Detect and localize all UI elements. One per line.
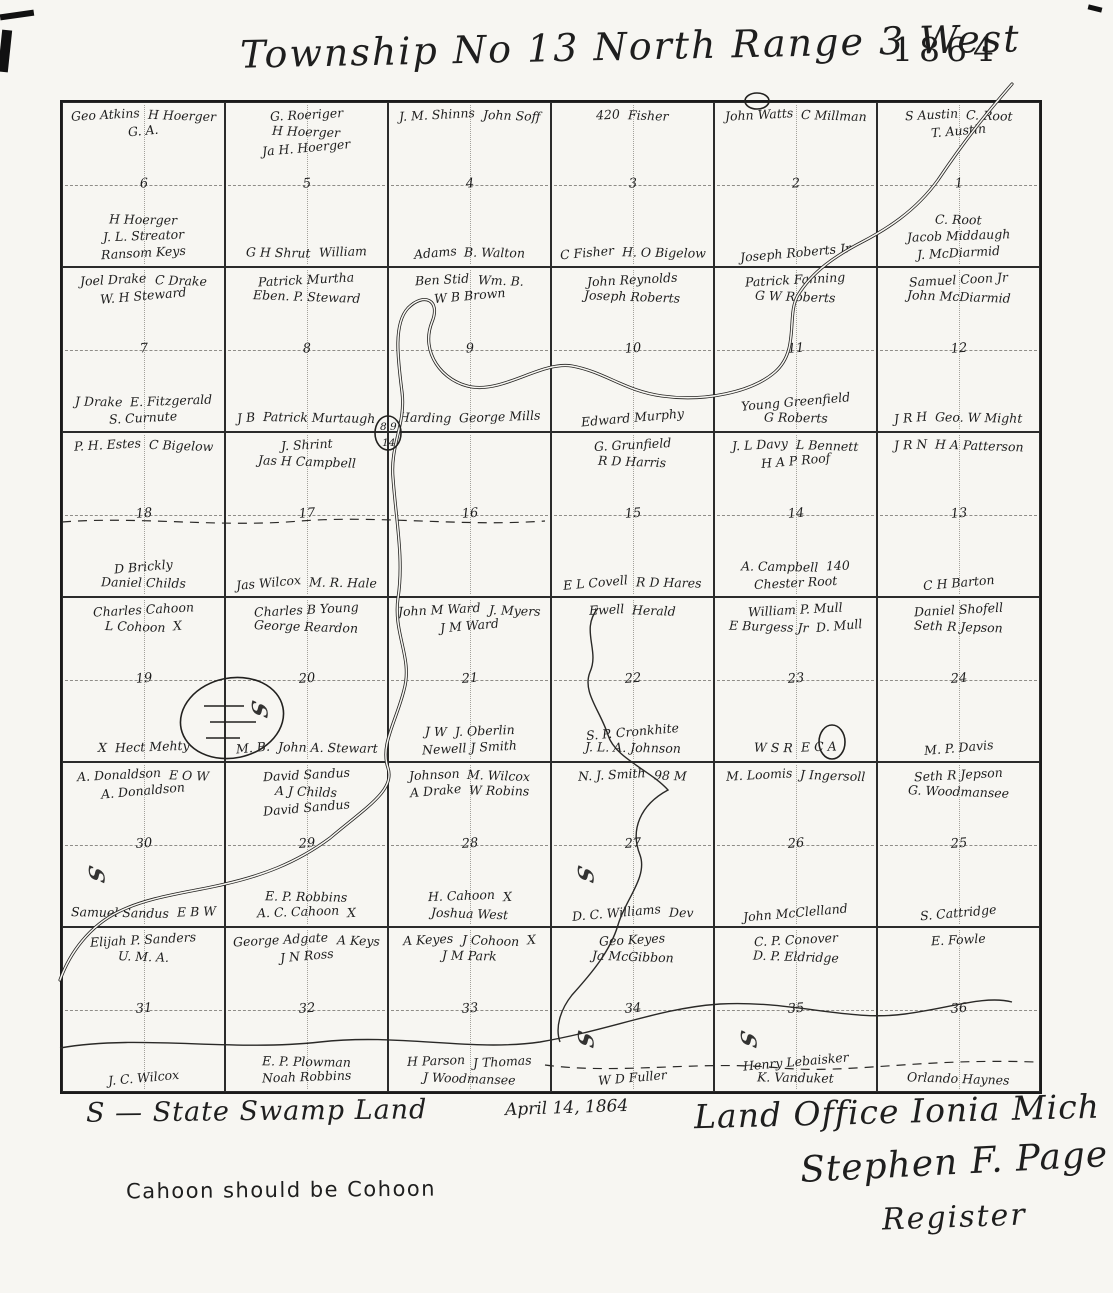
owner-name: W S R <box>754 739 793 756</box>
owner-name: H Parson <box>407 1051 466 1069</box>
owner-name: W Robins <box>469 783 530 800</box>
section-names-upper: John ReynoldsJoseph Roberts <box>555 272 710 305</box>
section-number: 8 <box>299 340 314 356</box>
section-number: 18 <box>132 505 156 522</box>
owner-name: Ja McGibbon <box>591 948 673 967</box>
owner-name: M. B. <box>235 738 270 757</box>
section-number: 24 <box>947 670 971 687</box>
section-cell-17: J. ShrintJas H Campbell17Jas WilcoxM. R.… <box>225 432 388 597</box>
section-number: 15 <box>621 505 645 522</box>
section-names-lower: M. P. Davis <box>881 740 1036 756</box>
section-number: 7 <box>136 340 151 356</box>
owner-name: Joshua West <box>431 904 509 923</box>
section-number: 34 <box>621 1000 645 1017</box>
section-number: 9 <box>462 340 477 356</box>
scan-artifact <box>1088 4 1103 12</box>
section-cell-10: John ReynoldsJoseph Roberts10Edward Murp… <box>551 267 714 432</box>
swamp-marker: S <box>246 698 272 720</box>
section-number: 16 <box>458 505 482 522</box>
owner-name: M. P. Davis <box>923 737 994 759</box>
section-cell-29: David SandusA J ChildsDavid Sandus29E. P… <box>225 762 388 927</box>
owner-name: Geo. W Might <box>935 409 1023 427</box>
section-names-lower: E L CovellR D Hares <box>555 575 710 591</box>
owner-name: C H Barton <box>922 572 995 594</box>
owner-name: Geo Atkins <box>71 105 141 125</box>
section-number: 5 <box>299 175 314 191</box>
owner-name: A. C. Cahoon <box>257 902 340 921</box>
map-year: 1864 <box>892 30 1000 69</box>
section-names-lower: Jas WilcoxM. R. Hale <box>229 575 384 591</box>
section-cell-30: A. DonaldsonE O WA. Donaldson30Samuel Sa… <box>62 762 225 927</box>
owner-name: Joseph Roberts <box>584 288 681 308</box>
section-names-lower: C FisherH. O Bigelow <box>555 245 710 261</box>
section-names-lower: S. Cattridge <box>881 905 1036 921</box>
section-names-upper: Patrick FanningG W Roberts <box>718 272 873 305</box>
section-cell-7: Joel DrakeC DrakeW. H Steward7J DrakeE. … <box>62 267 225 432</box>
section-names-lower: S. P. CronkhiteJ. L. A. Johnson <box>555 724 710 757</box>
section-number: 23 <box>784 670 808 687</box>
section-number: 27 <box>621 835 645 852</box>
section-cell-21: John M WardJ. MyersJ M Ward21J WJ. Oberl… <box>388 597 551 762</box>
owner-name: U. M. A. <box>118 948 170 966</box>
owner-name: William <box>318 243 366 261</box>
owner-name: G Roberts <box>764 409 828 426</box>
section-number: 2 <box>788 175 803 191</box>
section-names-lower: C. RootJacob MiddaughJ. McDiarmid <box>881 212 1036 261</box>
section-number: 19 <box>132 670 156 687</box>
owner-name: Chester Root <box>753 573 837 594</box>
owner-name: Noah Robbins <box>262 1067 352 1086</box>
section-names-lower: D BricklyDaniel Childs <box>66 559 221 592</box>
owner-name: John Soff <box>482 107 540 125</box>
section-number: 4 <box>462 175 477 191</box>
owner-name: J B <box>237 409 257 427</box>
section-names-lower: C H Barton <box>881 575 1036 591</box>
section-names-upper: 420Fisher <box>555 107 710 123</box>
section-number: 13 <box>947 505 971 522</box>
section-cell-34: Geo KeyesJa McGibbon34W D FullerS <box>551 927 714 1092</box>
section-names-lower: J BPatrick Murtaugh <box>229 410 384 426</box>
section-names-lower: W D Fuller <box>555 1070 710 1086</box>
owner-name: D. P. Eldridge <box>752 948 838 967</box>
section-names-lower: AdamsB. Walton <box>392 245 547 261</box>
map-title: Township No 13 North Range 3 West <box>240 19 881 76</box>
section-names-upper: J R NH A Patterson <box>881 437 1036 453</box>
section-number: 1 <box>951 175 966 191</box>
section-names-lower: XHect Mehty <box>66 740 221 756</box>
owner-name: X <box>347 905 357 922</box>
correction-note: Cahoon should be Cohoon <box>126 1177 436 1204</box>
survey-date: April 14, 1864 <box>505 1096 629 1120</box>
section-names-lower: J DrakeE. FitzgeraldS. Curnute <box>66 394 221 427</box>
section-number: 33 <box>458 1000 482 1017</box>
section-number: 35 <box>784 1000 808 1017</box>
scan-artifact <box>0 30 12 73</box>
section-cell-3: 420Fisher3C FisherH. O Bigelow <box>551 102 714 267</box>
plat-map-page: Township No 13 North Range 3 West 1864 G… <box>0 0 1113 1293</box>
owner-name: Joseph Roberts Jr <box>739 240 851 266</box>
owner-name: Seth R Jepson <box>914 618 1003 637</box>
owner-name: J. L. Streator <box>103 226 185 245</box>
section-number: 21 <box>458 670 482 687</box>
section-number: 28 <box>458 835 482 852</box>
section-names-upper: G. GrunfieldR D Harris <box>555 437 710 470</box>
section-names-upper: C. P. ConoverD. P. Eldridge <box>718 932 873 965</box>
section-names-lower: Samuel SandusE B W <box>66 905 221 921</box>
owner-name: S Austin <box>904 106 958 125</box>
section-number: 30 <box>132 835 156 852</box>
owner-name: George Reardon <box>254 617 359 637</box>
owner-name: E. Fowle <box>931 931 986 950</box>
owner-name: G. Woodmansee <box>908 782 1010 802</box>
owner-name: J. M. Shinns <box>398 105 475 125</box>
section-names-upper: Charles CahoonL CohoonX <box>66 602 221 635</box>
section-cell-2: John WattsC Millman2Joseph Roberts Jr <box>714 102 877 267</box>
owner-name: N. J. Smith <box>578 765 646 785</box>
section-cell-20: Charles B YoungGeorge Reardon20M. B.John… <box>225 597 388 762</box>
section-names-upper: Daniel ShofellSeth R Jepson <box>881 602 1036 635</box>
section-number: 10 <box>621 340 645 357</box>
section-cell-16: 16 <box>388 432 551 597</box>
section-cell-11: Patrick FanningG W Roberts11Young Greenf… <box>714 267 877 432</box>
section-number: 6 <box>136 175 151 191</box>
owner-name: G W Roberts <box>755 288 836 307</box>
swamp-marker: S <box>572 1028 598 1050</box>
owner-name: J Drake <box>75 393 123 410</box>
owner-name: J. Shrint <box>280 436 332 455</box>
section-names-upper: Joel DrakeC DrakeW. H Steward <box>66 272 221 305</box>
owner-name: M. Loomis <box>725 765 792 785</box>
owner-name: Ewell <box>589 601 625 619</box>
owner-name: A Keys <box>336 932 379 950</box>
owner-name: M. R. Hale <box>309 574 377 591</box>
section-cell-4: J. M. ShinnsJohn Soff4AdamsB. Walton <box>388 102 551 267</box>
owner-name: G H Shrut <box>246 244 311 261</box>
section-cell-27: N. J. Smith98 M27D. C. WilliamsDevS <box>551 762 714 927</box>
owner-name: Herald <box>632 602 676 620</box>
section-names-upper: David SandusA J ChildsDavid Sandus <box>229 767 384 816</box>
owner-name: Fisher <box>628 107 669 125</box>
section-names-lower: Joseph Roberts Jr <box>718 245 873 261</box>
section-cell-31: Elijah P. SandersU. M. A.31J. C. Wilcox <box>62 927 225 1092</box>
section-names-lower: M. B.John A. Stewart <box>229 740 384 756</box>
section-names-upper: J. L DavyL BennettH A P Roof <box>718 437 873 470</box>
swamp-marker: S <box>572 863 598 885</box>
owner-name: George Mills <box>459 407 541 426</box>
section-cell-33: A KeyesJ CohoonXJ M Park33H ParsonJ Thom… <box>388 927 551 1092</box>
section-number: 29 <box>295 835 319 852</box>
section-cell-19: Charles CahoonL CohoonX19XHect Mehty <box>62 597 225 762</box>
section-cell-32: George AdgateA KeysJ N Ross32E. P. Plowm… <box>225 927 388 1092</box>
register-signature: Stephen F. Page <box>799 1134 1109 1191</box>
section-number: 11 <box>784 340 808 357</box>
swamp-marker: S <box>83 863 109 885</box>
section-names-lower: HardingGeorge Mills <box>392 410 547 426</box>
section-cell-14: J. L DavyL BennettH A P Roof14A. Campbel… <box>714 432 877 597</box>
section-number: 31 <box>132 1000 156 1017</box>
owner-name: J. L. A. Johnson <box>584 739 680 757</box>
section-names-lower: Edward Murphy <box>555 410 710 426</box>
township-grid: Geo AtkinsH HoergerG. A.6H HoergerJ. L. … <box>60 100 1042 1094</box>
owner-name: J M Park <box>442 948 497 965</box>
owner-name: J M Ward <box>439 616 499 637</box>
owner-name: S. Cattridge <box>920 901 998 924</box>
owner-name: C. Root <box>935 212 982 229</box>
section-names-upper: Charles B YoungGeorge Reardon <box>229 602 384 635</box>
owner-name: Geo Keyes <box>599 930 666 950</box>
owner-name: J R H <box>894 408 929 427</box>
owner-name: Newell J Smith <box>422 737 518 758</box>
section-cell-24: Daniel ShofellSeth R Jepson24M. P. Davis <box>877 597 1040 762</box>
section-number: 22 <box>621 670 645 687</box>
section-names-upper: G. RoerigerH HoergerJa H. Hoerger <box>229 107 384 156</box>
owner-name: John A. Stewart <box>277 739 377 757</box>
owner-name: E B W <box>177 903 217 921</box>
owner-name: E. Fitzgerald <box>130 391 213 410</box>
section-number: 14 <box>784 505 808 522</box>
owner-name: 98 M <box>654 767 687 784</box>
owner-name: Ben Stid <box>415 271 470 290</box>
section-names-lower: W S RE C A <box>718 740 873 756</box>
section-names-lower: H ParsonJ ThomasJ Woodmansee <box>392 1054 547 1087</box>
owner-name: B. Walton <box>464 244 525 261</box>
owner-name: P. H. Estes <box>73 435 141 455</box>
section-number: 25 <box>947 835 971 852</box>
owner-name: J W <box>425 723 447 740</box>
section-names-lower: Henry LebaiskerK. Vanduket <box>718 1054 873 1087</box>
section-number: 12 <box>947 340 971 357</box>
section-names-upper: Ben StidWm. B.W B Brown <box>392 272 547 305</box>
section-names-upper: S AustinC. RootT. Austin <box>881 107 1036 140</box>
owner-name: J N Ross <box>279 946 334 967</box>
owner-name: Edward Murphy <box>580 405 684 430</box>
owner-name: William P. Mull <box>748 600 843 621</box>
owner-name: J R N <box>893 436 927 454</box>
owner-name: X <box>526 932 536 949</box>
section-names-lower: H HoergerJ. L. StreatorRansom Keys <box>66 212 221 261</box>
section-names-lower: John McClelland <box>718 905 873 921</box>
section-cell-1: S AustinC. RootT. Austin1C. RootJacob Mi… <box>877 102 1040 267</box>
section-names-lower: H. CahoonXJoshua West <box>392 889 547 922</box>
section-number: 17 <box>295 505 319 522</box>
land-office-line: Land Office Ionia Mich <box>694 1087 1095 1136</box>
owner-name: D. Mull <box>815 616 863 636</box>
section-names-lower: G H ShrutWilliam <box>229 245 384 261</box>
owner-name: Patrick Murtaugh <box>263 409 376 427</box>
owner-name: X <box>502 888 512 905</box>
owner-name: C Bigelow <box>149 437 214 455</box>
owner-name: Harding <box>398 409 451 426</box>
section-names-upper: P. H. EstesC Bigelow <box>66 437 221 453</box>
owner-name: Dev <box>669 905 694 922</box>
owner-name: T. Austin <box>930 121 986 142</box>
section-names-upper: Geo KeyesJa McGibbon <box>555 932 710 965</box>
owner-name: J Woodmansee <box>423 1069 516 1088</box>
section-names-upper: EwellHerald <box>555 602 710 618</box>
owner-name: Jas Wilcox <box>235 572 301 594</box>
owner-name: Daniel Childs <box>101 574 186 592</box>
owner-name: Jas H Campbell <box>257 453 356 473</box>
section-names-upper: George AdgateA KeysJ N Ross <box>229 932 384 965</box>
section-cell-26: M. LoomisJ Ingersoll26John McClelland <box>714 762 877 927</box>
owner-name: J Thomas <box>473 1052 532 1071</box>
owner-name: H. Cahoon <box>427 886 495 905</box>
section-cell-9: Ben StidWm. B.W B Brown9HardingGeorge Mi… <box>388 267 551 432</box>
owner-name: G. A. <box>128 122 160 141</box>
section-names-upper: A. DonaldsonE O WA. Donaldson <box>66 767 221 800</box>
owner-name: E Burgess Jr <box>728 618 808 637</box>
owner-name: Orlando Haynes <box>907 1069 1010 1089</box>
section-cell-13: J R NH A Patterson13C H Barton <box>877 432 1040 597</box>
section-cell-35: C. P. ConoverD. P. Eldridge35Henry Lebai… <box>714 927 877 1092</box>
section-cell-15: G. GrunfieldR D Harris15E L CovellR D Ha… <box>551 432 714 597</box>
section-names-lower: Orlando Haynes <box>881 1070 1036 1086</box>
section-names-lower: E. P. RobbinsA. C. CahoonX <box>229 889 384 922</box>
owner-name: X <box>173 618 183 635</box>
owner-name: 420 <box>596 106 621 123</box>
swamp-legend: S — State Swamp Land <box>86 1094 428 1129</box>
owner-name: D. C. Williams <box>571 901 661 925</box>
owner-name: Samuel Sandus <box>71 904 169 922</box>
section-names-upper: John WattsC Millman <box>718 107 873 123</box>
owner-name: E C A <box>801 738 837 755</box>
section-names-upper: Elijah P. SandersU. M. A. <box>66 932 221 965</box>
owner-name: X <box>98 740 107 756</box>
section-number: 26 <box>784 835 808 852</box>
owner-name: W D Fuller <box>597 1067 667 1089</box>
register-title: Register <box>881 1197 1027 1237</box>
owner-name: A Drake <box>409 781 462 802</box>
owner-name: Elijah P. Sanders <box>90 929 197 951</box>
owner-name: 140 <box>826 557 850 574</box>
section-names-upper: N. J. Smith98 M <box>555 767 710 783</box>
section-cell-18: P. H. EstesC Bigelow18D BricklyDaniel Ch… <box>62 432 225 597</box>
owner-name: Ransom Keys <box>101 243 187 264</box>
section-cell-12: Samuel Coon JrJohn McDiarmid12J R HGeo. … <box>877 267 1040 432</box>
section-names-upper: William P. MullE Burgess JrD. Mull <box>718 602 873 635</box>
section-names-upper: A KeyesJ CohoonXJ M Park <box>392 932 547 965</box>
owner-name: J Ingersoll <box>800 767 866 786</box>
owner-name: J. C. Wilcox <box>107 1067 179 1089</box>
section-names-upper: J. ShrintJas H Campbell <box>229 437 384 470</box>
owner-name: C Millman <box>800 107 866 126</box>
owner-name: Hect Mehty <box>114 737 189 756</box>
owner-name: J. McDiarmid <box>917 243 1001 264</box>
section-names-upper: John M WardJ. MyersJ M Ward <box>392 602 547 635</box>
section-names-lower: E. P. PlowmanNoah Robbins <box>229 1054 384 1087</box>
section-cell-5: G. RoerigerH HoergerJa H. Hoerger5G H Sh… <box>225 102 388 267</box>
owner-name: Ja H. Hoerger <box>262 136 352 160</box>
section-cell-8: Patrick MurthaEben. P. Steward8J BPatric… <box>225 267 388 432</box>
scan-artifact <box>0 10 34 21</box>
owner-name: W B Brown <box>433 285 506 307</box>
section-names-upper: JohnsonM. WilcoxA DrakeW Robins <box>392 767 547 800</box>
owner-name: K. Vanduket <box>757 1069 834 1087</box>
owner-name: John McDiarmid <box>906 287 1010 307</box>
owner-name: R D Hares <box>636 574 702 591</box>
owner-name: S. Curnute <box>109 408 178 428</box>
section-names-upper: J. M. ShinnsJohn Soff <box>392 107 547 123</box>
owner-name: John McClelland <box>743 900 849 925</box>
owner-name: David Sandus <box>262 796 350 820</box>
owner-name: H A Patterson <box>935 436 1024 455</box>
owner-name: C Fisher <box>559 242 614 263</box>
section-cell-23: William P. MullE Burgess JrD. Mull23W S … <box>714 597 877 762</box>
owner-name: H A P Roof <box>760 450 831 472</box>
section-names-upper: Seth R JepsonG. Woodmansee <box>881 767 1036 800</box>
owner-name: L Cohoon <box>104 618 165 636</box>
section-names-upper: Samuel Coon JrJohn McDiarmid <box>881 272 1036 305</box>
section-names-lower: J WJ. OberlinNewell J Smith <box>392 724 547 757</box>
section-names-upper: M. LoomisJ Ingersoll <box>718 767 873 783</box>
owner-name: Joel Drake <box>80 270 147 290</box>
owner-name: Adams <box>413 243 457 263</box>
owner-name: E L Covell <box>563 572 629 594</box>
swamp-marker: S <box>735 1028 761 1050</box>
owner-name: J. Oberlin <box>454 721 514 739</box>
section-cell-22: EwellHerald22S. P. CronkhiteJ. L. A. Joh… <box>551 597 714 762</box>
section-number: 32 <box>295 1000 319 1017</box>
section-number: 20 <box>295 670 319 687</box>
section-number: 36 <box>947 1000 971 1017</box>
owner-name: A. Campbell <box>741 558 819 576</box>
owner-name: H. O Bigelow <box>621 244 705 262</box>
section-names-lower: J R HGeo. W Might <box>881 410 1036 426</box>
section-names-upper: E. Fowle <box>881 932 1036 948</box>
section-cell-28: JohnsonM. WilcoxA DrakeW Robins28H. Caho… <box>388 762 551 927</box>
section-names-upper: Patrick MurthaEben. P. Steward <box>229 272 384 305</box>
section-cell-25: Seth R JepsonG. Woodmansee25S. Cattridge <box>877 762 1040 927</box>
section-cell-36: E. Fowle36Orlando Haynes <box>877 927 1040 1092</box>
owner-name: R D Harris <box>598 453 667 472</box>
section-names-lower: A. Campbell140Chester Root <box>718 559 873 592</box>
owner-name: J. L Davy <box>732 436 789 455</box>
owner-name: John Watts <box>724 105 793 125</box>
section-number: 3 <box>625 175 640 191</box>
section-names-lower: Young GreenfieldG Roberts <box>718 394 873 427</box>
section-names-upper: Geo AtkinsH HoergerG. A. <box>66 107 221 140</box>
owner-name: Eben. P. Steward <box>252 287 360 307</box>
section-names-lower: D. C. WilliamsDev <box>555 905 710 921</box>
section-cell-6: Geo AtkinsH HoergerG. A.6H HoergerJ. L. … <box>62 102 225 267</box>
section-names-lower: J. C. Wilcox <box>66 1070 221 1086</box>
